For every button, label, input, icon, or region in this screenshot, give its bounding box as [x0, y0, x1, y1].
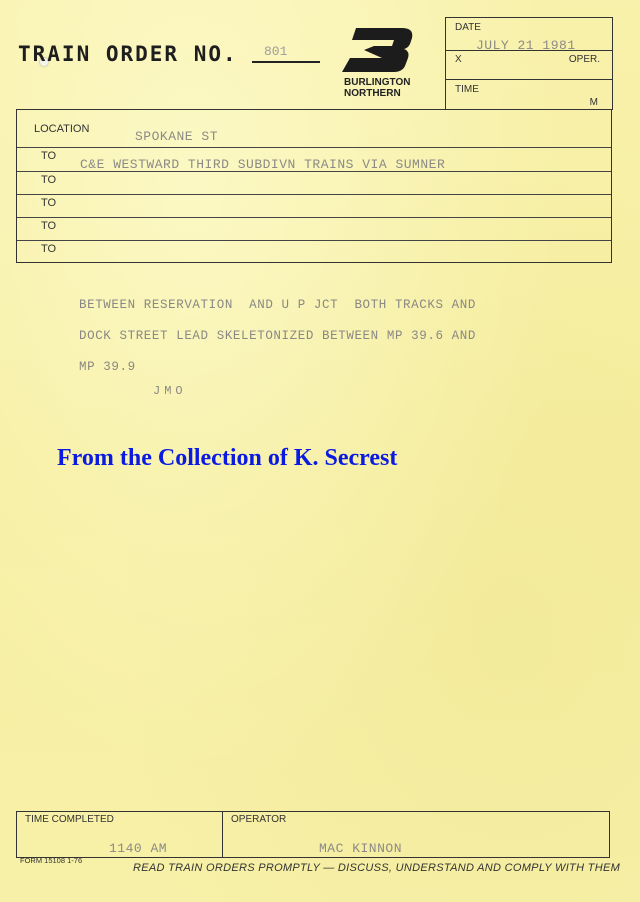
address-block: LOCATION SPOKANE ST TO C&E WESTWARD THIR…: [16, 109, 612, 263]
to-label-3: TO: [41, 197, 56, 209]
dispatcher-initials: JMO: [153, 384, 187, 398]
row-divider: [17, 240, 611, 241]
location-value: SPOKANE ST: [135, 129, 218, 144]
operator-label: OPERATOR: [231, 814, 286, 825]
order-number-line: [252, 61, 320, 63]
operator-value: MAC KINNON: [319, 841, 402, 856]
burlington-northern-logo-icon: [342, 28, 414, 72]
form-title: TRAIN ORDER NO.: [18, 42, 238, 66]
to-label-5: TO: [41, 243, 56, 255]
collection-watermark: From the Collection of K. Secrest: [57, 445, 397, 472]
time-divider: [446, 79, 612, 80]
completion-divider: [222, 812, 223, 857]
row-divider: [17, 194, 611, 195]
row-divider: [17, 217, 611, 218]
row-divider: [17, 171, 611, 172]
to-label-4: TO: [41, 220, 56, 232]
to-label-1: TO: [41, 150, 56, 162]
time-completed-value: 1140 AM: [109, 841, 167, 856]
date-box: DATE JULY 21 1981 X OPER. TIME M: [445, 17, 613, 110]
company-name-line1: BURLINGTON: [344, 77, 410, 88]
order-line-3: MP 39.9: [79, 352, 476, 383]
date-divider: [446, 50, 612, 51]
x-label: X: [455, 54, 462, 65]
m-label: M: [590, 97, 598, 108]
time-label: TIME: [455, 84, 479, 95]
order-number: 801: [264, 44, 287, 59]
order-line-1: BETWEEN RESERVATION AND U P JCT BOTH TRA…: [79, 290, 476, 321]
footer-instruction: READ TRAIN ORDERS PROMPTLY — DISCUSS, UN…: [133, 862, 620, 874]
oper-label: OPER.: [569, 54, 600, 65]
form-number: FORM 15108 1-76: [20, 856, 82, 865]
location-label: LOCATION: [34, 123, 89, 135]
completion-block: TIME COMPLETED 1140 AM OPERATOR MAC KINN…: [16, 811, 610, 858]
company-name-line2: NORTHERN: [344, 88, 410, 99]
company-name: BURLINGTON NORTHERN: [344, 77, 410, 99]
to-value-1: C&E WESTWARD THIRD SUBDIVN TRAINS VIA SU…: [80, 157, 445, 172]
to-label-2: TO: [41, 174, 56, 186]
date-label: DATE: [455, 22, 481, 33]
time-completed-label: TIME COMPLETED: [25, 814, 114, 825]
order-body: BETWEEN RESERVATION AND U P JCT BOTH TRA…: [79, 290, 476, 383]
row-divider: [17, 147, 611, 148]
order-line-2: DOCK STREET LEAD SKELETONIZED BETWEEN MP…: [79, 321, 476, 352]
